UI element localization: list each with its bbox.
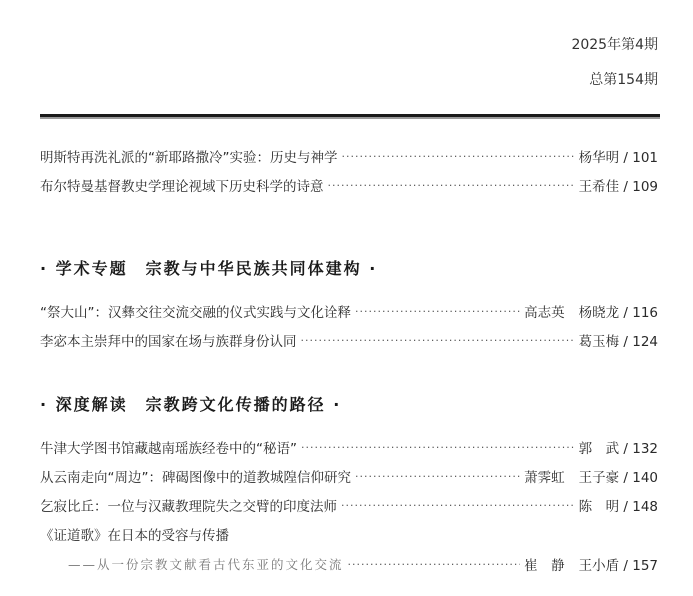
bullet-dot: · [333, 395, 341, 414]
entry-coauthor: 崔 静 [524, 554, 565, 574]
dot-leader: ········································… [301, 441, 575, 454]
entry-coauthor: 高志英 [524, 301, 565, 321]
issue-number: 2025年第4期 [571, 34, 658, 54]
entry-title: 《证道歌》在日本的受容与传播 [40, 524, 229, 544]
dot-leader: ········································… [342, 150, 575, 163]
entry-author-page: 王希佳 / 109 [579, 175, 658, 195]
entry-author-page: 杨华明 / 101 [579, 146, 658, 166]
header-rule-secondary [40, 117, 660, 119]
entry-author-page: 郭 武 / 132 [579, 437, 658, 457]
section-label: 学术专题 [56, 259, 128, 278]
toc-entry[interactable]: 明斯特再洗礼派的“新耶路撒冷”实验：历史与神学 ················… [40, 145, 658, 167]
entry-coauthor: 萧霁虹 [524, 466, 565, 486]
section-heading: · 学术专题宗教与中华民族共同体建构 · [40, 256, 377, 279]
toc-entry[interactable]: 布尔特曼基督教史学理论视域下历史科学的诗意 ··················… [40, 174, 658, 196]
toc-entry[interactable]: 李宓本主崇拜中的国家在场与族群身份认同 ····················… [40, 329, 658, 351]
entry-title: 明斯特再洗礼派的“新耶路撒冷”实验：历史与神学 [40, 146, 338, 166]
bullet-dot: · [40, 259, 48, 278]
total-issue-number: 总第154期 [589, 69, 658, 89]
entry-title: 从云南走向“周边”：碑碣图像中的道教城隍信仰研究 [40, 466, 351, 486]
bullet-dot: · [40, 395, 48, 414]
entry-title: 布尔特曼基督教史学理论视域下历史科学的诗意 [40, 175, 324, 195]
section-label: 深度解读 [56, 395, 128, 414]
dot-leader: ········································… [341, 499, 575, 512]
toc-entry[interactable]: 牛津大学图书馆藏越南瑶族经卷中的“秘语” ···················… [40, 436, 658, 458]
entry-author-page: 杨晓龙 / 116 [579, 301, 658, 321]
dot-leader: ········································… [355, 305, 520, 318]
dot-leader: ········································… [301, 334, 575, 347]
bullet-dot: · [369, 259, 377, 278]
dot-leader: ········································… [348, 558, 521, 571]
dot-leader: ········································… [328, 179, 575, 192]
toc-entry[interactable]: “祭大山”：汉彝交往交流交融的仪式实践与文化诠释 ···············… [40, 300, 658, 322]
entry-title: 牛津大学图书馆藏越南瑶族经卷中的“秘语” [40, 437, 297, 457]
toc-entry[interactable]: 乞寂比丘：一位与汉藏教理院失之交臂的印度法师 ·················… [40, 494, 658, 516]
section-heading: · 深度解读宗教跨文化传播的路径 · [40, 392, 341, 415]
toc-entry-subtitle[interactable]: ——从一份宗教文献看古代东亚的文化交流 ····················… [68, 553, 658, 575]
entry-author-page: 王小盾 / 157 [579, 554, 658, 574]
toc-entry[interactable]: 从云南走向“周边”：碑碣图像中的道教城隍信仰研究 ···············… [40, 465, 658, 487]
section-title: 宗教与中华民族共同体建构 [146, 259, 362, 278]
dot-leader: ········································… [355, 470, 520, 483]
entry-author-page: 陈 明 / 148 [579, 495, 658, 515]
entry-author-page: 王子豪 / 140 [579, 466, 658, 486]
entry-subtitle: ——从一份宗教文献看古代东亚的文化交流 [68, 555, 344, 573]
entry-title: 乞寂比丘：一位与汉藏教理院失之交臂的印度法师 [40, 495, 337, 515]
toc-entry[interactable]: 《证道歌》在日本的受容与传播 [40, 523, 658, 545]
entry-title: “祭大山”：汉彝交往交流交融的仪式实践与文化诠释 [40, 301, 351, 321]
section-title: 宗教跨文化传播的路径 [146, 395, 326, 414]
entry-title: 李宓本主崇拜中的国家在场与族群身份认同 [40, 330, 297, 350]
entry-author-page: 葛玉梅 / 124 [579, 330, 658, 350]
